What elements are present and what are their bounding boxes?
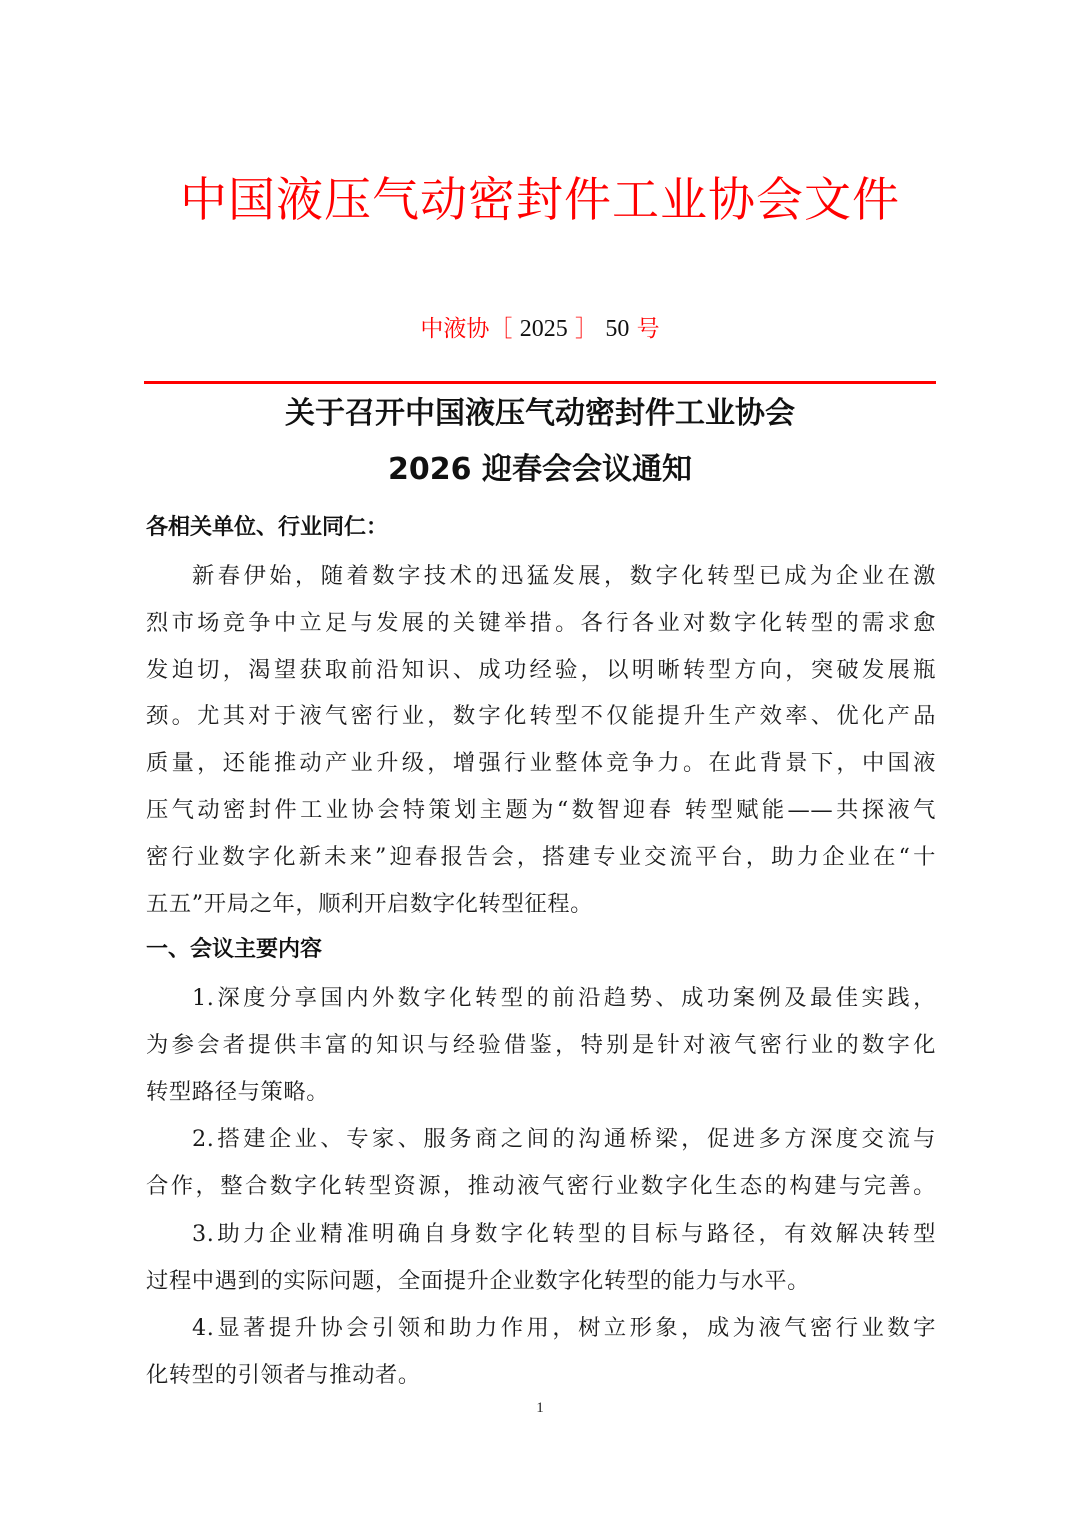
- organization-red-header: 中国液压气动密封件工业协会文件: [0, 168, 1080, 234]
- text-line: 2.搭建企业、专家、服务商之间的沟通桥梁，促进多方深度交流与: [146, 1116, 936, 1163]
- text-line: 转型路径与策略。: [146, 1069, 936, 1116]
- text-line: 化转型的引领者与推动者。: [146, 1352, 936, 1399]
- notice-title-line-2: 2026 迎春会会议通知: [0, 448, 1080, 492]
- content-item-1: 1.深度分享国内外数字化转型的前沿趋势、成功案例及最佳实践， 为参会者提供丰富的…: [146, 975, 936, 1115]
- doc-serial: 50: [605, 316, 629, 342]
- text-line: 过程中遇到的实际问题，全面提升企业数字化转型的能力与水平。: [146, 1258, 936, 1305]
- text-line: 烈市场竞争中立足与发展的关键举措。各行各业对数字化转型的需求愈: [146, 600, 936, 647]
- text-line: 4.显著提升协会引领和助力作用，树立形象，成为液气密行业数字: [146, 1305, 936, 1352]
- doc-prefix: 中液协: [420, 316, 489, 342]
- text-line: 质量，还能推动产业升级，增强行业整体竞争力。在此背景下，中国液: [146, 740, 936, 787]
- section-heading-meeting-content: 一、会议主要内容: [146, 932, 322, 968]
- text-line: 发迫切，渴望获取前沿知识、成功经验，以明晰转型方向，突破发展瓶: [146, 647, 936, 694]
- text-line: 1.深度分享国内外数字化转型的前沿趋势、成功案例及最佳实践，: [146, 975, 936, 1022]
- text-line: 合作，整合数字化转型资源，推动液气密行业数字化生态的构建与完善。: [146, 1163, 936, 1210]
- red-divider-line: [144, 381, 936, 384]
- content-item-3: 3.助力企业精准明确自身数字化转型的目标与路径，有效解决转型 过程中遇到的实际问…: [146, 1211, 936, 1305]
- document-page: 中国液压气动密封件工业协会文件 中液协［ 2025 ］ 50 号 关于召开中国液…: [0, 0, 1080, 1527]
- text-line: 3.助力企业精准明确自身数字化转型的目标与路径，有效解决转型: [146, 1211, 936, 1258]
- text-line: 为参会者提供丰富的知识与经验借鉴，特别是针对液气密行业的数字化: [146, 1022, 936, 1069]
- text-line: 密行业数字化新未来”迎春报告会，搭建专业交流平台，助力企业在“十: [146, 834, 936, 881]
- document-number: 中液协［ 2025 ］ 50 号: [0, 312, 1080, 346]
- text-line: 新春伊始，随着数字技术的迅猛发展，数字化转型已成为企业在激: [146, 553, 936, 600]
- content-item-4: 4.显著提升协会引领和助力作用，树立形象，成为液气密行业数字 化转型的引领者与推…: [146, 1305, 936, 1399]
- salutation: 各相关单位、行业同仁：: [146, 510, 388, 546]
- content-item-2: 2.搭建企业、专家、服务商之间的沟通桥梁，促进多方深度交流与 合作，整合数字化转…: [146, 1116, 936, 1210]
- page-number: 1: [0, 1400, 1080, 1417]
- text-line: 五五”开局之年，顺利开启数字化转型征程。: [146, 881, 936, 928]
- intro-paragraph: 新春伊始，随着数字技术的迅猛发展，数字化转型已成为企业在激 烈市场竞争中立足与发…: [146, 553, 936, 927]
- bracket-close: ］: [575, 316, 598, 342]
- doc-serial-suffix: 号: [637, 316, 660, 342]
- notice-title-line-1: 关于召开中国液压气动密封件工业协会: [0, 392, 1080, 436]
- text-line: 颈。尤其对于液气密行业，数字化转型不仅能提升生产效率、优化产品: [146, 693, 936, 740]
- text-line: 压气动密封件工业协会特策划主题为“数智迎春 转型赋能——共探液气: [146, 787, 936, 834]
- doc-year: 2025: [520, 316, 568, 342]
- bracket-open: ［: [489, 316, 512, 342]
